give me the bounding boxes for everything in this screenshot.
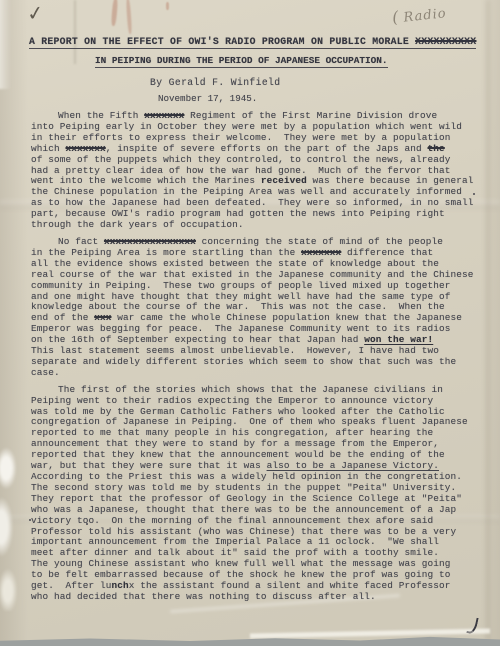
paragraph: The first of the stories which shows tha… — [31, 385, 482, 603]
rust-stain — [126, 0, 133, 34]
torn-paper-edge — [0, 443, 27, 611]
rust-stain — [111, 0, 118, 26]
text-line: through the dark years of occupation. — [31, 220, 482, 231]
paper-edge-highlight — [250, 628, 490, 638]
handwritten-checkmark-icon: ✓ — [25, 0, 45, 26]
report-title-line2-text: IN PEIPING DURING THE PERIOD OF JAPANESE… — [95, 55, 388, 68]
fold-crease — [74, 0, 76, 64]
report-title-text: A REPORT ON THE EFFECT OF OWI'S RADIO PR… — [29, 36, 415, 47]
handwritten-note: ( Radio — [391, 2, 447, 27]
report-title-struck-text: XXXXXXXXXX — [415, 36, 476, 47]
scanned-document-page: ✓ ( Radio A REPORT ON THE EFFECT OF OWI'… — [0, 0, 500, 646]
torn-paper-edge — [0, 0, 11, 89]
text-line: case. — [31, 368, 482, 379]
document-body: When the Fifth xxxxxxx Regiment of the F… — [31, 111, 482, 603]
report-title-line2: IN PEIPING DURING THE PERIOD OF JAPANESE… — [95, 55, 388, 66]
report-title-line1: A REPORT ON THE EFFECT OF OWI'S RADIO PR… — [29, 36, 476, 47]
rust-stain — [166, 2, 169, 10]
dateline: November 17, 1945. — [158, 93, 257, 104]
paragraph: No fact xxxxxxxxxxxxxxxx concerning the … — [31, 237, 482, 379]
text-line: who had decided that there was nothing t… — [31, 592, 482, 603]
paragraph: When the Fifth xxxxxxx Regiment of the F… — [31, 111, 482, 231]
handwritten-note-text: Radio — [403, 6, 447, 25]
handwritten-paren: ( — [391, 7, 399, 27]
fold-crease — [486, 0, 490, 646]
stray-ink-dot — [473, 193, 475, 195]
stray-ink-dot — [86, 523, 88, 525]
byline: By Gerald F. Winfield — [150, 77, 280, 88]
text-line: separate and widely different stories wh… — [31, 357, 482, 368]
stray-ink-dot — [29, 519, 31, 521]
